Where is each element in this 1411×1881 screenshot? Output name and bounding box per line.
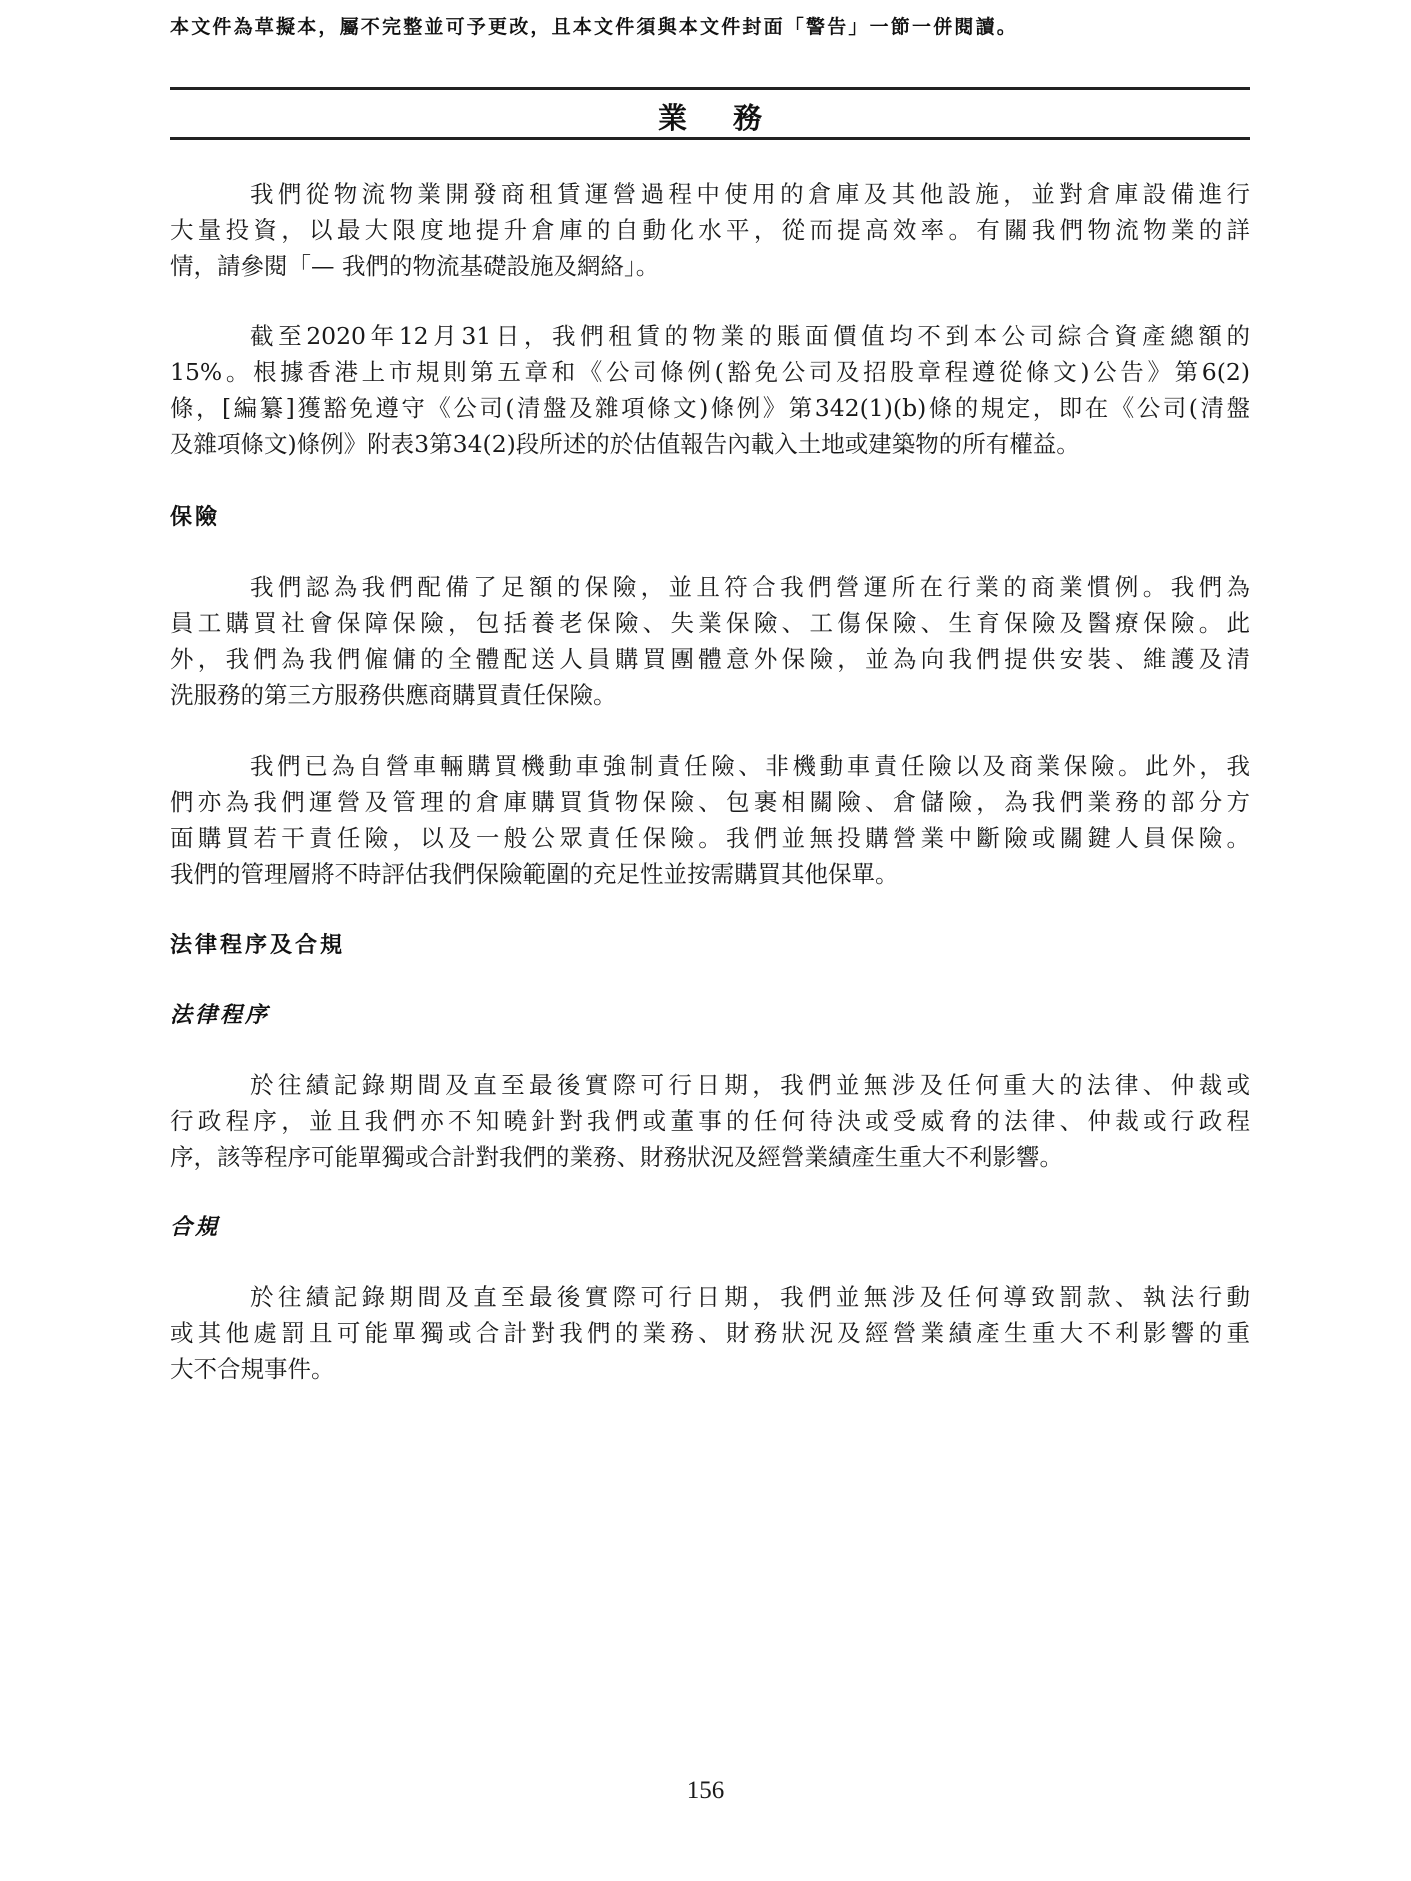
section-title: 業務: [170, 96, 1250, 137]
paragraph-line: 情，請參閱「— 我們的物流基礎設施及網絡」。: [170, 247, 1250, 281]
draft-disclaimer: 本文件為草擬本，屬不完整並可予更改，且本文件須與本文件封面「警告」一節一併閱讀。: [170, 12, 1250, 39]
paragraph-line: 我們已為自營車輛購買機動車強制責任險、非機動車責任險以及商業保險。此外，我: [250, 747, 1250, 781]
paragraph-line: 及雜項條文)條例》附表3第34(2)段所述的於估值報告內載入土地或建築物的所有權…: [170, 425, 1250, 459]
paragraph-line: 條，[編纂]獲豁免遵守《公司(清盤及雜項條文)條例》第342(1)(b)條的規定…: [170, 389, 1250, 423]
paragraph-line: 序，該等程序可能單獨或合計對我們的業務、財務狀況及經營業績產生重大不利影響。: [170, 1138, 1250, 1172]
paragraph-line: 或其他處罰且可能單獨或合計對我們的業務、財務狀況及經營業績產生重大不利影響的重: [170, 1314, 1250, 1348]
paragraph-line: 們亦為我們運營及管理的倉庫購買貨物保險、包裹相關險、倉儲險，為我們業務的部分方: [170, 783, 1250, 817]
paragraph-line: 15%。根據香港上市規則第五章和《公司條例(豁免公司及招股章程遵從條文)公告》第…: [170, 353, 1250, 387]
heading-insurance: 保險: [170, 500, 220, 531]
paragraph-line: 我們認為我們配備了足額的保險，並且符合我們營運所在行業的商業慣例。我們為: [250, 568, 1250, 602]
title-rule-bottom: [170, 137, 1250, 140]
paragraph-line: 於往績記錄期間及直至最後實際可行日期，我們並無涉及任何重大的法律、仲裁或: [250, 1066, 1250, 1100]
heading-legal-and-compliance: 法律程序及合規: [170, 928, 345, 959]
paragraph-line: 外，我們為我們僱傭的全體配送人員購買團體意外保險，並為向我們提供安裝、維護及清: [170, 640, 1250, 674]
paragraph-line: 面購買若干責任險，以及一般公眾責任保險。我們並無投購營業中斷險或關鍵人員保險。: [170, 819, 1250, 853]
paragraph-line: 洗服務的第三方服務供應商購買責任保險。: [170, 676, 1250, 710]
paragraph-line: 我們從物流物業開發商租賃運營過程中使用的倉庫及其他設施，並對倉庫設備進行: [250, 175, 1250, 209]
paragraph-line: 行政程序，並且我們亦不知曉針對我們或董事的任何待決或受威脅的法律、仲裁或行政程: [170, 1102, 1250, 1136]
subheading-compliance: 合規: [170, 1210, 220, 1241]
paragraph-line: 截至2020年12月31日，我們租賃的物業的賬面價值均不到本公司綜合資產總額的: [250, 317, 1250, 351]
page-number: 156: [0, 1777, 1411, 1805]
paragraph-line: 我們的管理層將不時評估我們保險範圍的充足性並按需購買其他保單。: [170, 855, 1250, 889]
paragraph-line: 員工購買社會保障保險，包括養老保險、失業保險、工傷保險、生育保險及醫療保險。此: [170, 604, 1250, 638]
title-rule-top: [170, 87, 1250, 90]
paragraph-line: 大不合規事件。: [170, 1350, 1250, 1384]
subheading-legal-proceedings: 法律程序: [170, 998, 270, 1029]
paragraph-line: 於往績記錄期間及直至最後實際可行日期，我們並無涉及任何導致罰款、執法行動: [250, 1278, 1250, 1312]
paragraph-line: 大量投資，以最大限度地提升倉庫的自動化水平，從而提高效率。有關我們物流物業的詳: [170, 211, 1250, 245]
